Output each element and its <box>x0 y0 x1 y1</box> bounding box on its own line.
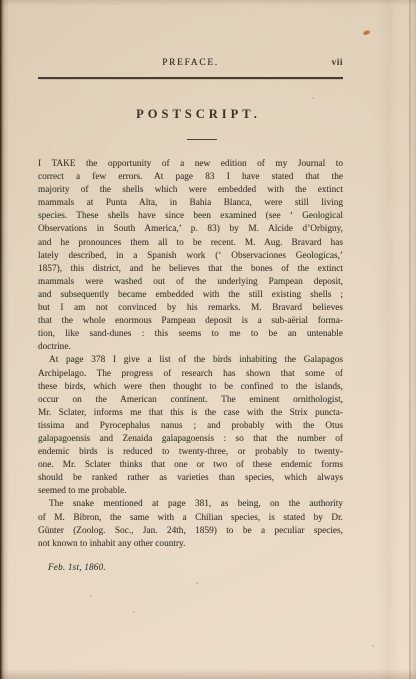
rust-stain <box>362 29 371 36</box>
text-line: occur on the American continent. The emi… <box>38 394 343 407</box>
text-line: and subsequently became embedded with th… <box>38 289 343 302</box>
page-number: vii <box>331 58 343 68</box>
text-line: and he pronounces them all to be recent.… <box>38 237 343 250</box>
paper-speck <box>372 645 374 647</box>
page-curve-shading <box>376 0 398 679</box>
text-line: tion, like sand-dunes : this seems to me… <box>38 328 343 341</box>
text-line: mammals were washed out of the underlyin… <box>38 276 343 289</box>
text-line: should be ranked rather as varieties tha… <box>38 472 343 485</box>
running-head: PREFACE. vii <box>38 58 343 70</box>
dateline: Feb. 1st, 1860. <box>48 562 106 572</box>
header-rule <box>38 77 343 79</box>
text-line: majority of the shells which were embedd… <box>38 184 343 197</box>
text-line: galapagoensis and Zenaida galapagoensis … <box>38 433 343 446</box>
text-line: correct a few errors. At page 83 I have … <box>38 171 343 184</box>
text-line: these birds, which were then thought to … <box>38 381 343 394</box>
paper-speck <box>196 582 198 584</box>
text-line: mammals at Punta Alta, in Bahia Blanca, … <box>38 197 343 210</box>
text-line: Observations in South America,’ p. 83) b… <box>38 223 343 236</box>
page-right-edge <box>409 0 411 679</box>
text-line: I TAKE the opportunity of a new edition … <box>38 158 343 171</box>
text-line: that the whole enormous Pampean deposit … <box>38 315 343 328</box>
book-page-scan: PREFACE. vii POSTSCRIPT. I TAKE the oppo… <box>0 0 416 679</box>
section-title-rule <box>187 139 217 140</box>
text-line: species. These shells have since been ex… <box>38 210 343 223</box>
text-line: At page 378 I give a list of the birds i… <box>38 354 343 367</box>
section-title: POSTSCRIPT. <box>46 107 351 122</box>
paper-speck <box>90 595 92 597</box>
text-line: lately described, in a Spanish work (‘ O… <box>38 250 343 263</box>
text-line: one. Mr. Sclater thinks that one or two … <box>38 459 343 472</box>
paper-speck <box>312 97 314 99</box>
text-line: of M. Bibron, the same with a Chilian sp… <box>38 512 343 525</box>
text-line: Günter (Zoolog. Soc., Jan. 24th, 1859) t… <box>38 525 343 538</box>
running-head-title: PREFACE. <box>38 58 343 68</box>
text-line: endemic birds is reduced to twenty-three… <box>38 446 343 459</box>
text-line: Archipelago. The progress of research ha… <box>38 368 343 381</box>
text-line: The snake mentioned at page 381, as bein… <box>38 498 343 511</box>
paper-speck <box>133 611 135 613</box>
text-line: tissima and Pyrocephalus nanus ; and pro… <box>38 420 343 433</box>
text-line: but I am not convinced by his remarks. M… <box>38 302 343 315</box>
text-line: doctrine. <box>38 341 343 354</box>
text-line: not known to inhabit any other country. <box>38 538 343 551</box>
text-line: 1857), this district, and he believes th… <box>38 263 343 276</box>
body-text: I TAKE the opportunity of a new edition … <box>38 158 343 551</box>
text-line: Mr. Sclater, informs me that this is the… <box>38 407 343 420</box>
text-line: seemed to me probable. <box>38 485 343 498</box>
